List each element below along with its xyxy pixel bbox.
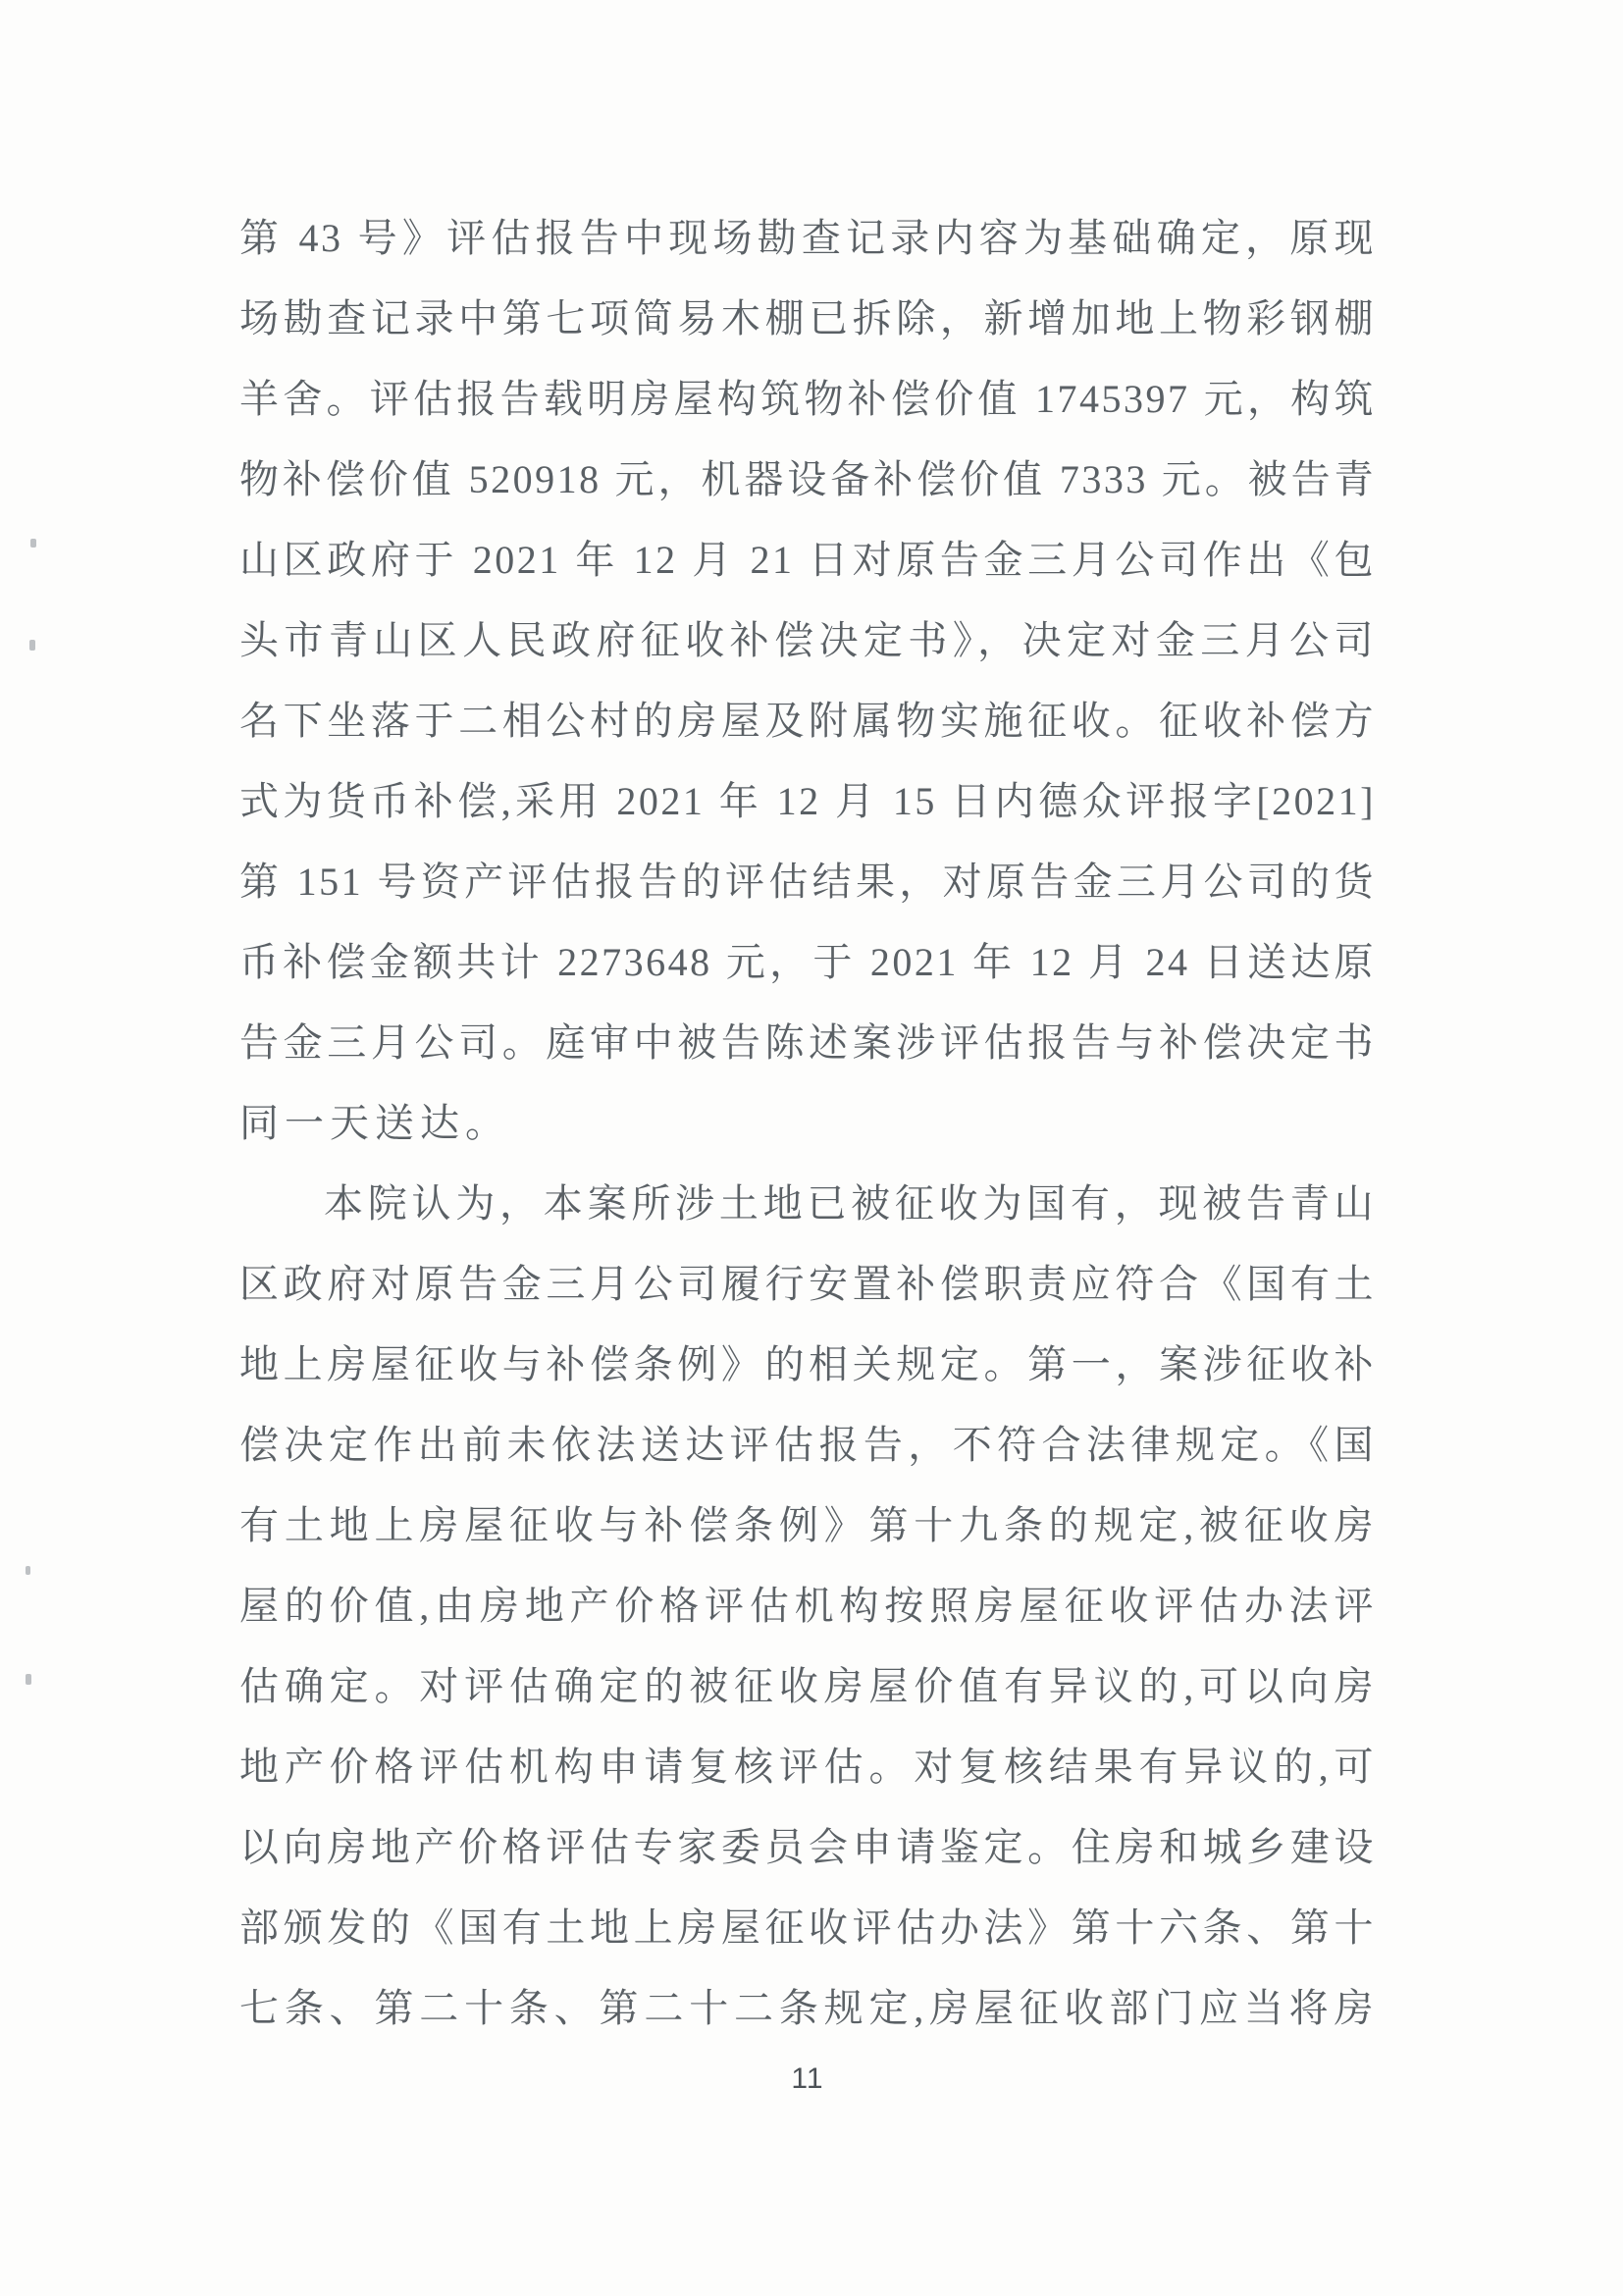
text-line: 有土地上房屋征收与补偿条例》第十九条的规定,被征收房 xyxy=(239,1486,1376,1566)
text-line: 场勘查记录中第七项简易木棚已拆除，新增加地上物彩钢棚 xyxy=(239,279,1376,359)
text-line-paragraph-start: 本院认为，本案所涉土地已被征收为国有，现被告青山 xyxy=(239,1164,1376,1244)
text-line: 屋的价值,由房地产价格评估机构按照房屋征收评估办法评 xyxy=(239,1566,1376,1646)
text-line: 估确定。对评估确定的被征收房屋价值有异议的,可以向房 xyxy=(239,1646,1376,1727)
document-page: 第 43 号》评估报告中现场勘查记录内容为基础确定，原现 场勘查记录中第七项简易… xyxy=(0,0,1623,2296)
scan-speck xyxy=(30,539,36,548)
text-line: 地产价格评估机构申请复核评估。对复核结果有异议的,可 xyxy=(239,1727,1376,1807)
text-line: 式为货币补偿,采用 2021 年 12 月 15 日内德众评报字[2021] xyxy=(239,761,1376,842)
text-line: 名下坐落于二相公村的房屋及附属物实施征收。征收补偿方 xyxy=(239,681,1376,761)
scan-speck xyxy=(26,1566,30,1575)
text-line: 七条、第二十条、第二十二条规定,房屋征收部门应当将房 xyxy=(239,1968,1376,2049)
text-line: 头市青山区人民政府征收补偿决定书》，决定对金三月公司 xyxy=(239,600,1376,681)
text-line: 山区政府于 2021 年 12 月 21 日对原告金三月公司作出《包 xyxy=(239,520,1376,600)
text-line: 币补偿金额共计 2273648 元，于 2021 年 12 月 24 日送达原 xyxy=(239,922,1376,1003)
body-text: 第 43 号》评估报告中现场勘查记录内容为基础确定，原现 场勘查记录中第七项简易… xyxy=(239,198,1376,2049)
text-line: 告金三月公司。庭审中被告陈述案涉评估报告与补偿决定书 xyxy=(239,1003,1376,1083)
text-line: 区政府对原告金三月公司履行安置补偿职责应符合《国有土 xyxy=(239,1244,1376,1325)
text-line: 部颁发的《国有土地上房屋征收评估办法》第十六条、第十 xyxy=(239,1888,1376,1968)
text-line: 偿决定作出前未依法送达评估报告，不符合法律规定。《国 xyxy=(239,1405,1376,1486)
page-number: 11 xyxy=(239,2062,1376,2096)
text-line: 地上房屋征收与补偿条例》的相关规定。第一，案涉征收补 xyxy=(239,1325,1376,1405)
text-line: 物补偿价值 520918 元，机器设备补偿价值 7333 元。被告青 xyxy=(239,440,1376,520)
scan-speck xyxy=(29,640,35,651)
text-line: 第 43 号》评估报告中现场勘查记录内容为基础确定，原现 xyxy=(239,198,1376,279)
text-line-paragraph-end: 同一天送达。 xyxy=(239,1083,1376,1164)
scan-speck xyxy=(26,1674,31,1685)
text-line: 第 151 号资产评估报告的评估结果，对原告金三月公司的货 xyxy=(239,842,1376,922)
text-line: 以向房地产价格评估专家委员会申请鉴定。住房和城乡建设 xyxy=(239,1807,1376,1888)
text-line: 羊舍。评估报告载明房屋构筑物补偿价值 1745397 元，构筑 xyxy=(239,359,1376,440)
